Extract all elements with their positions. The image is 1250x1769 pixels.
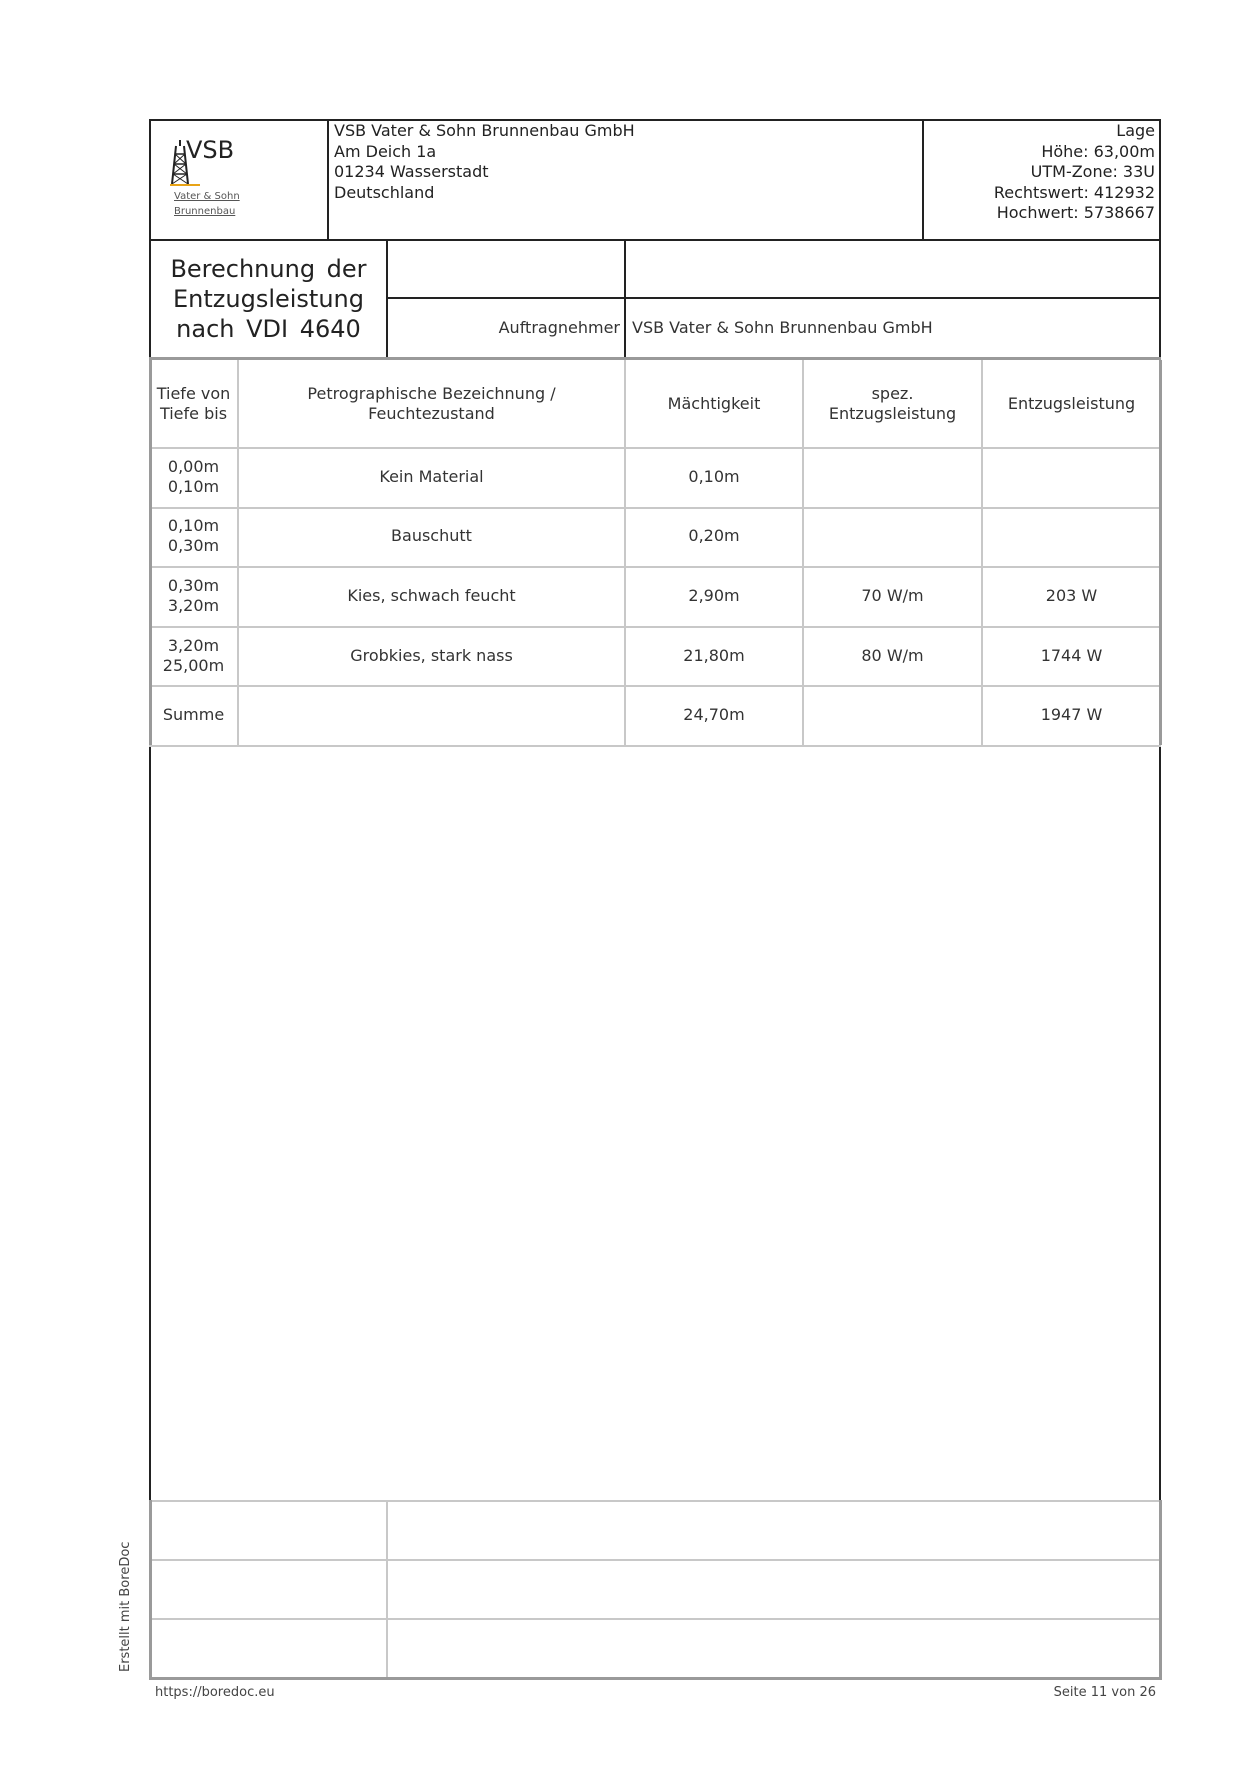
table-cell-specific: [803, 507, 982, 567]
sign-table-row-1: [149, 1559, 1161, 1561]
row-divider: [149, 447, 1161, 449]
column-divider: [981, 360, 983, 745]
column-header: spez. Entzugsleistung: [803, 360, 982, 447]
table-cell-power: [982, 507, 1161, 567]
sign-table-col-divider: [386, 1500, 388, 1679]
column-header: Tiefe von Tiefe bis: [149, 360, 238, 447]
contractor-label: Auftragnehmer: [388, 299, 624, 357]
table-cell-power: [982, 447, 1161, 507]
table-cell-description: Bauschutt: [238, 507, 625, 567]
table-cell-power: 1744 W: [982, 626, 1161, 686]
sign-table-right: [1159, 1500, 1162, 1680]
logo-brand: VSB: [186, 136, 234, 164]
company-name: VSB Vater & Sohn Brunnenbau GmbH: [334, 121, 635, 142]
company-city: 01234 Wasserstadt: [334, 162, 635, 183]
sign-table-left: [149, 1500, 152, 1680]
contractor-value: VSB Vater & Sohn Brunnenbau GmbH: [626, 299, 1159, 357]
title-row1-value: [626, 241, 1159, 297]
table-cell-depth: 0,10m 0,30m: [149, 507, 238, 567]
table-right-border: [1159, 360, 1162, 745]
table-cell-thickness: 2,90m: [625, 566, 803, 626]
row-divider: [149, 566, 1161, 568]
column-divider: [624, 360, 626, 745]
title-line-1: Berechnung der: [170, 254, 366, 284]
sign-table-row-2: [149, 1618, 1161, 1620]
column-header: Mächtigkeit: [625, 360, 803, 447]
location-northing: Hochwert: 5738667: [930, 203, 1155, 224]
location-height: Höhe: 63,00m: [930, 142, 1155, 163]
company-street: Am Deich 1a: [334, 142, 635, 163]
total-cell-description: [238, 685, 625, 745]
location-block: Lage Höhe: 63,00m UTM-Zone: 33U Rechtswe…: [930, 121, 1155, 224]
location-utm-zone: UTM-Zone: 33U: [930, 162, 1155, 183]
table-bottom-border: [149, 745, 1161, 747]
table-cell-thickness: 0,20m: [625, 507, 803, 567]
row-divider: [149, 507, 1161, 509]
location-label: Lage: [930, 121, 1155, 142]
footer-url-link[interactable]: https://boredoc.eu: [155, 1685, 275, 1700]
table-left-border: [149, 360, 152, 745]
total-cell-label: Summe: [149, 685, 238, 745]
column-header: Entzugsleistung: [982, 360, 1161, 447]
table-cell-description: Kein Material: [238, 447, 625, 507]
sign-table-bottom: [149, 1677, 1162, 1680]
address-divider: [922, 119, 924, 240]
table-cell-specific: 80 W/m: [803, 626, 982, 686]
logo-subtitle-2: Brunnenbau: [174, 205, 235, 219]
logo-divider: [327, 119, 329, 240]
total-cell-power: 1947 W: [982, 685, 1161, 745]
page-title: Berechnung der Entzugsleistung nach VDI …: [151, 241, 386, 357]
page-number: Seite 11 von 26: [1000, 1685, 1156, 1700]
logo-subtitle-1: Vater & Sohn: [174, 190, 240, 204]
total-cell-thickness: 24,70m: [625, 685, 803, 745]
table-cell-specific: 70 W/m: [803, 566, 982, 626]
company-address: VSB Vater & Sohn Brunnenbau GmbH Am Deic…: [334, 121, 635, 203]
table-cell-description: Grobkies, stark nass: [238, 626, 625, 686]
table-cell-thickness: 0,10m: [625, 447, 803, 507]
row-divider: [149, 626, 1161, 628]
title-line-2: Entzugsleistung: [173, 284, 364, 314]
sign-table-top: [149, 1500, 1161, 1502]
title-row1-label: [388, 241, 624, 297]
table-cell-depth: 0,30m 3,20m: [149, 566, 238, 626]
table-cell-thickness: 21,80m: [625, 626, 803, 686]
table-cell-power: 203 W: [982, 566, 1161, 626]
table-cell-specific: [803, 447, 982, 507]
total-cell-specific: [803, 685, 982, 745]
company-logo: VSB Vater & Sohn Brunnenbau: [170, 136, 320, 226]
column-divider: [802, 360, 804, 745]
created-with-note: Erstellt mit BoreDoc: [118, 1542, 133, 1672]
company-country: Deutschland: [334, 183, 635, 204]
column-divider: [237, 360, 239, 745]
table-cell-description: Kies, schwach feucht: [238, 566, 625, 626]
table-cell-depth: 0,00m 0,10m: [149, 447, 238, 507]
location-easting: Rechtswert: 412932: [930, 183, 1155, 204]
column-header: Petrographische Bezeichnung / Feuchtezus…: [238, 360, 625, 447]
title-line-3: nach VDI 4640: [176, 314, 361, 344]
table-cell-depth: 3,20m 25,00m: [149, 626, 238, 686]
